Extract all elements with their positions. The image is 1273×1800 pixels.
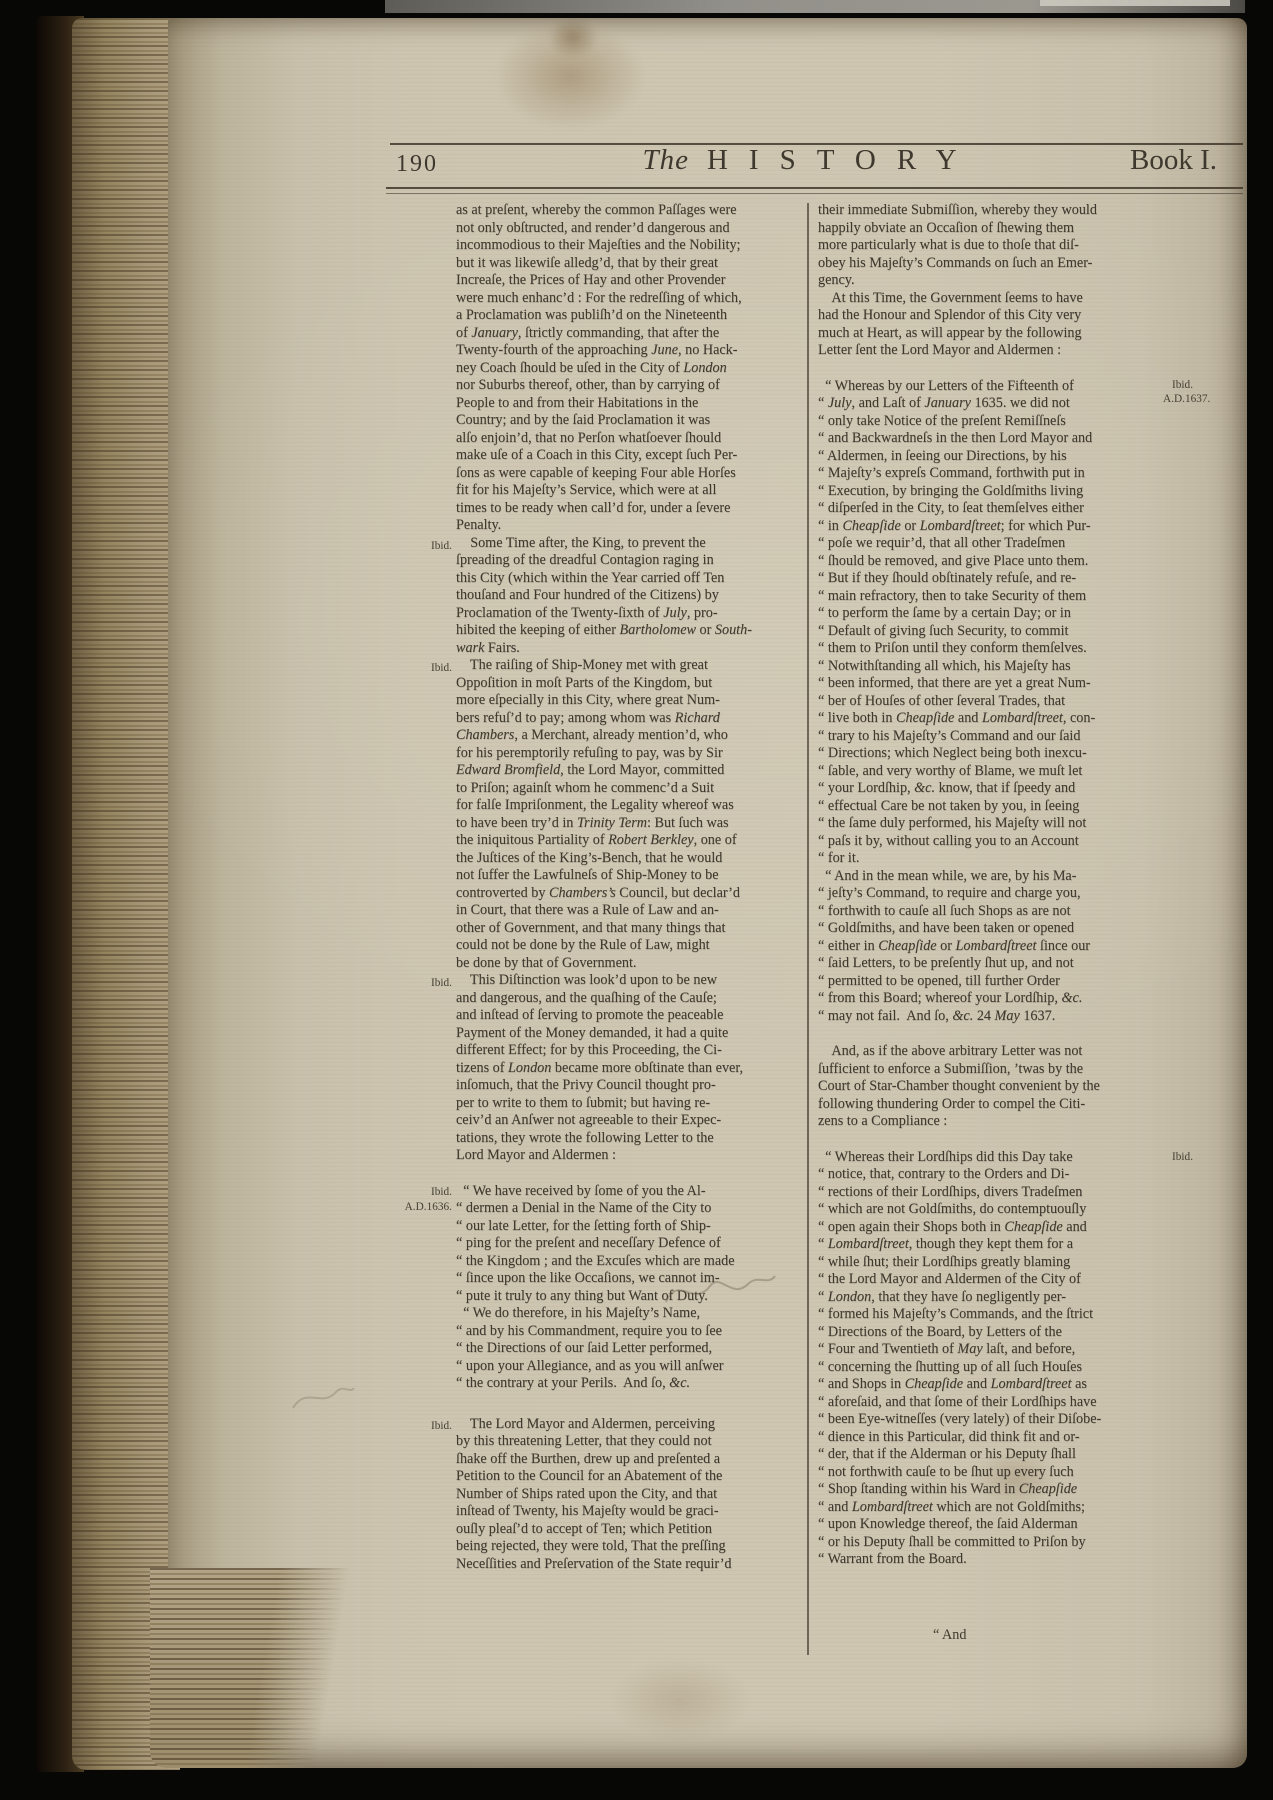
paragraph: At this Time, the Government ſeems to ha… — [818, 290, 1101, 360]
page-edge-stack-bottom — [150, 1568, 365, 1768]
pencil-marginalia — [660, 1262, 780, 1317]
book-label: Book I. — [1085, 144, 1217, 177]
paragraph: And, as if the above arbitrary Letter wa… — [818, 1043, 1101, 1131]
margin-note-date: A.D.1636. — [398, 1201, 452, 1213]
scanner-bed-highlight — [1040, 0, 1230, 6]
paragraph: The raiſing of Ship-Money met with great… — [456, 657, 752, 972]
margin-note-ibid: Ibid. — [398, 977, 452, 989]
running-title-the: The — [642, 144, 689, 176]
header-rule-double-upper — [386, 187, 1243, 189]
margin-note-ibid: Ibid. — [398, 662, 452, 674]
margin-note-ibid: Ibid. — [1172, 379, 1193, 391]
margin-note-ibid: Ibid. — [1172, 1151, 1193, 1163]
quoted-order: “ Whereas their Lordſhips did this Day t… — [818, 1149, 1101, 1569]
paragraph: Some Time after, the King, to prevent th… — [456, 535, 752, 658]
margin-note-ibid: Ibid. — [398, 1420, 452, 1432]
book-scan: 190 TheHISTORY Book I. as at preſent, wh… — [0, 0, 1273, 1800]
left-column: as at preſent, whereby the common Paſſag… — [456, 202, 752, 1573]
paragraph: their immediate Submiſſion, whereby they… — [818, 202, 1101, 290]
header-rule-double-lower — [386, 193, 1243, 194]
right-column: their immediate Submiſſion, whereby they… — [818, 202, 1101, 1569]
catchword: “ And — [933, 1627, 967, 1644]
paragraph: This Diſtinction was look’d upon to be n… — [456, 972, 752, 1165]
paragraph: The Lord Mayor and Aldermen, perceiving … — [456, 1416, 752, 1574]
page-edge-stack-left — [72, 18, 180, 1770]
margin-note-date: A.D.1637. — [1163, 393, 1210, 405]
paragraph: as at preſent, whereby the common Paſſag… — [456, 202, 752, 535]
margin-note-ibid: Ibid. — [398, 1186, 452, 1198]
running-title-history: HISTORY — [707, 144, 978, 176]
margin-note-ibid: Ibid. — [398, 540, 452, 552]
page-number: 190 — [396, 151, 438, 178]
pencil-marginalia — [288, 1378, 358, 1418]
quoted-letter: “ Whereas by our Letters of the Fifteent… — [818, 378, 1101, 1026]
running-title: TheHISTORY — [460, 144, 1160, 177]
column-divider-rule — [807, 203, 809, 1655]
